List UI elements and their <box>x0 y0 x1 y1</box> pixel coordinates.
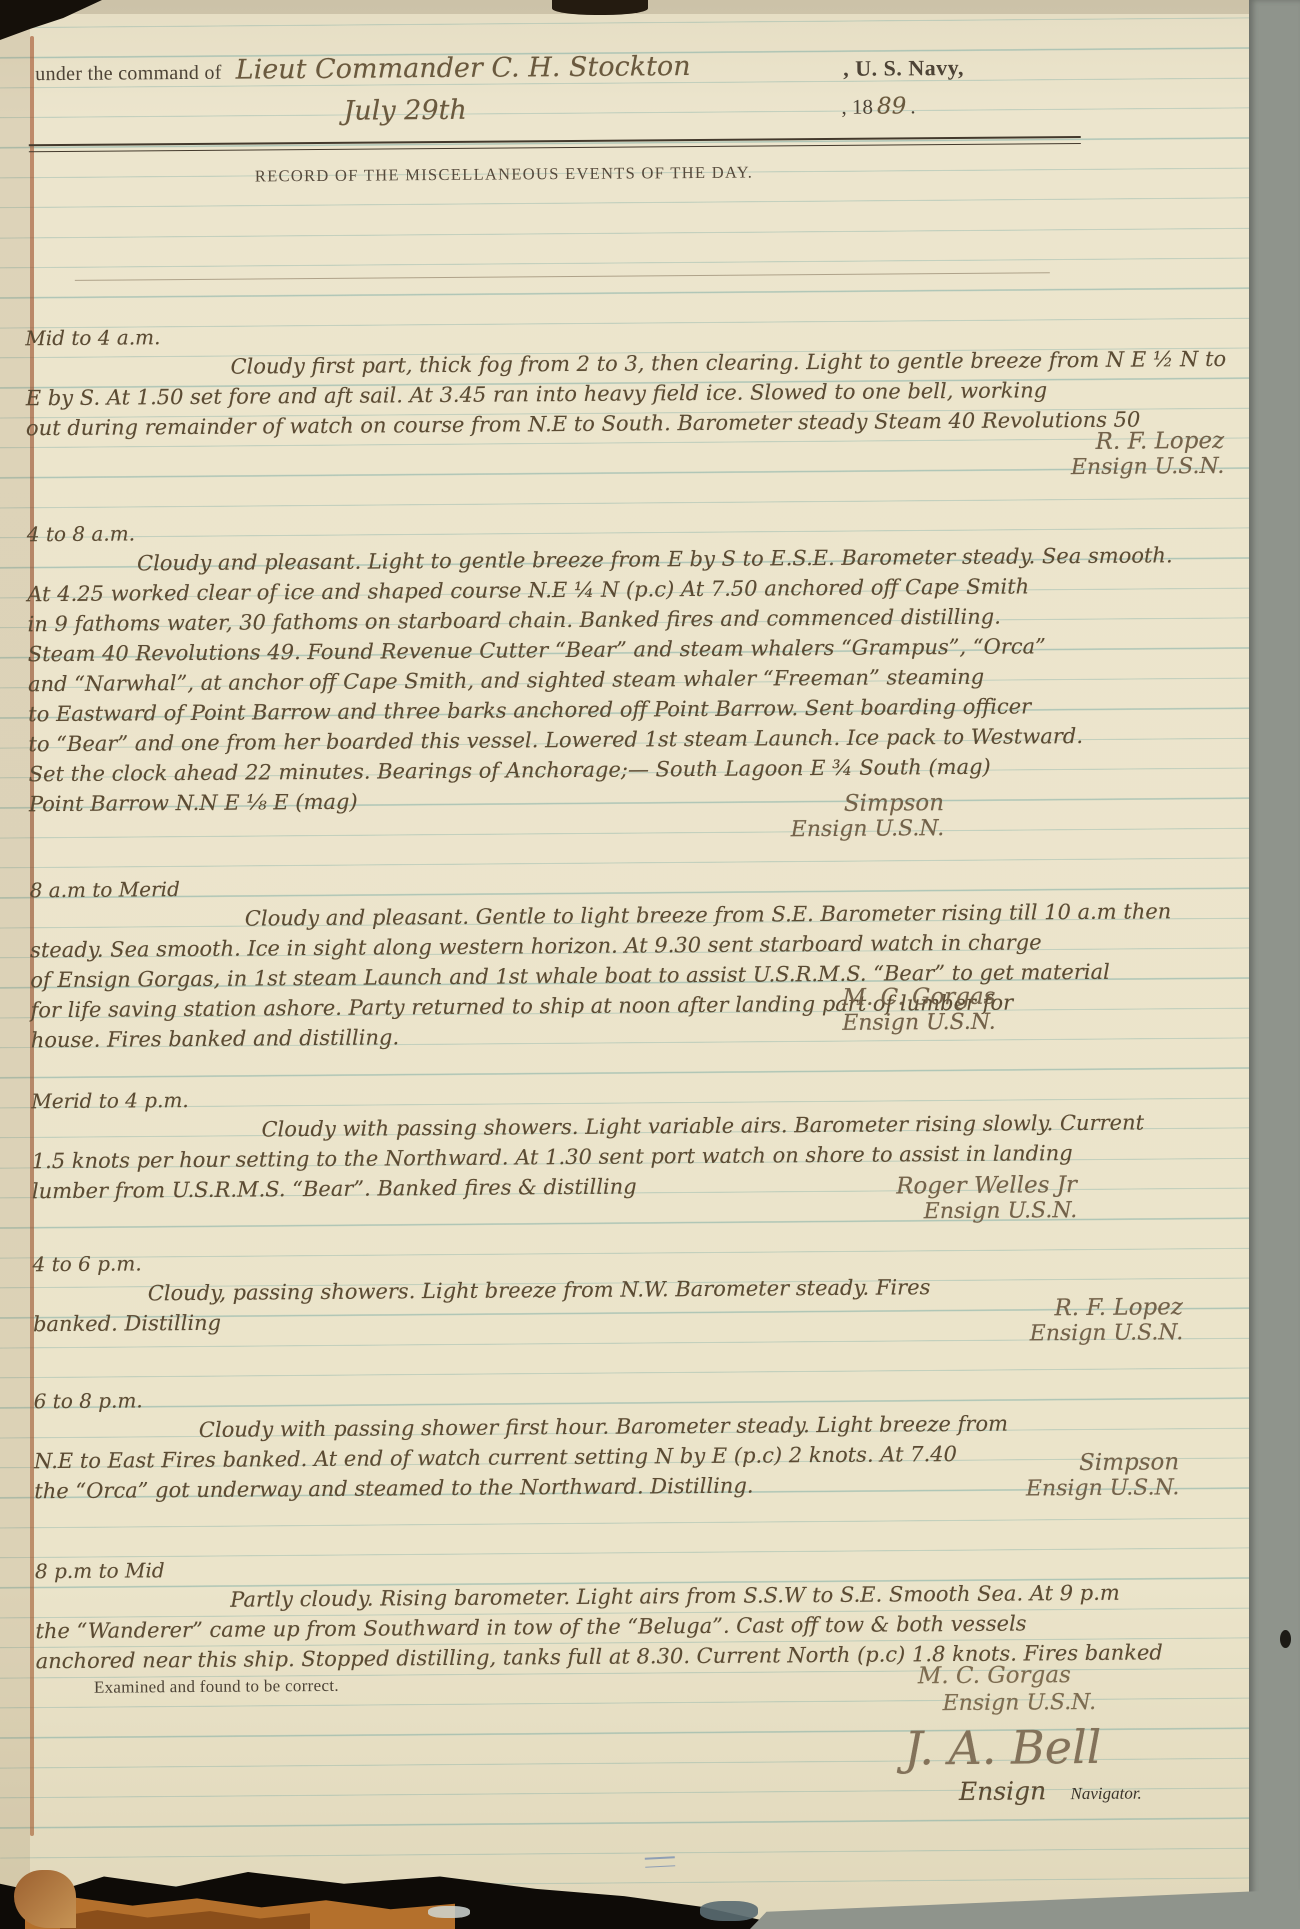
entry-text: Cloudy and pleasant. Light to gentle bre… <box>27 540 1239 819</box>
year-suffix: . <box>910 94 915 119</box>
examined-note: Examined and found to be correct. <box>36 1668 339 1698</box>
entry: 4 to 8 a.m.Cloudy and pleasant. Light to… <box>27 510 1240 849</box>
navigator-rank-hand: Ensign <box>959 1776 1047 1806</box>
torn-paper-speck-blue <box>700 1901 758 1921</box>
faint-rule <box>75 272 1050 281</box>
command-line: under the command of Lieut Commander C. … <box>35 51 691 87</box>
footer: Examined and found to be correct. M. C. … <box>36 1661 1247 1817</box>
page-title: RECORD OF THE MISCELLANEOUS EVENTS OF TH… <box>24 161 984 189</box>
logbook-page: under the command of Lieut Commander C. … <box>0 0 1251 1929</box>
watch-signature-name: M. C. Gorgas <box>918 1662 1071 1689</box>
entry: 4 to 6 p.m.Cloudy, passing showers. Ligh… <box>32 1240 1243 1355</box>
entries: Mid to 4 a.m.Cloudy first part, thick fo… <box>25 306 1247 1817</box>
entries-list: Mid to 4 a.m.Cloudy first part, thick fo… <box>25 314 1246 1676</box>
page-content: under the command of Lieut Commander C. … <box>0 0 1264 1929</box>
date-entry: July 29th <box>343 95 467 127</box>
commander-signature: Lieut Commander C. H. Stockton <box>236 51 691 86</box>
pencil-mark <box>645 1856 675 1868</box>
logbook-scan: under the command of Lieut Commander C. … <box>0 0 1300 1929</box>
navigator-signature-name: J. A. Bell <box>36 1718 1101 1784</box>
background-right <box>1249 0 1300 1929</box>
navigator-rank-printed: Navigator. <box>1070 1784 1141 1804</box>
entry: Merid to 4 p.m.Cloudy with passing showe… <box>31 1077 1242 1232</box>
binding-blob-top <box>552 0 648 15</box>
edge-speck <box>1280 1630 1291 1648</box>
entry: 6 to 8 p.m.Cloudy with passing shower fi… <box>34 1377 1245 1510</box>
navy-label: , U. S. Navy, <box>843 55 964 82</box>
header-rule <box>29 136 1081 152</box>
entry: Mid to 4 a.m.Cloudy first part, thick fo… <box>25 314 1236 489</box>
entry: 8 p.m to MidPartly cloudy. Rising barome… <box>35 1547 1246 1676</box>
entry: 8 a.m to MeridCloudy and pleasant. Gentl… <box>30 866 1241 1043</box>
year-line: , 18 89 . <box>841 93 915 120</box>
torn-paper-speck-light <box>428 1906 470 1918</box>
year-printed: , 18 <box>841 95 873 120</box>
entry-text: Cloudy first part, thick fog from 2 to 3… <box>25 344 1236 444</box>
printed-command-prefix: under the command of <box>35 62 222 86</box>
year-hand: 89 <box>877 93 906 119</box>
